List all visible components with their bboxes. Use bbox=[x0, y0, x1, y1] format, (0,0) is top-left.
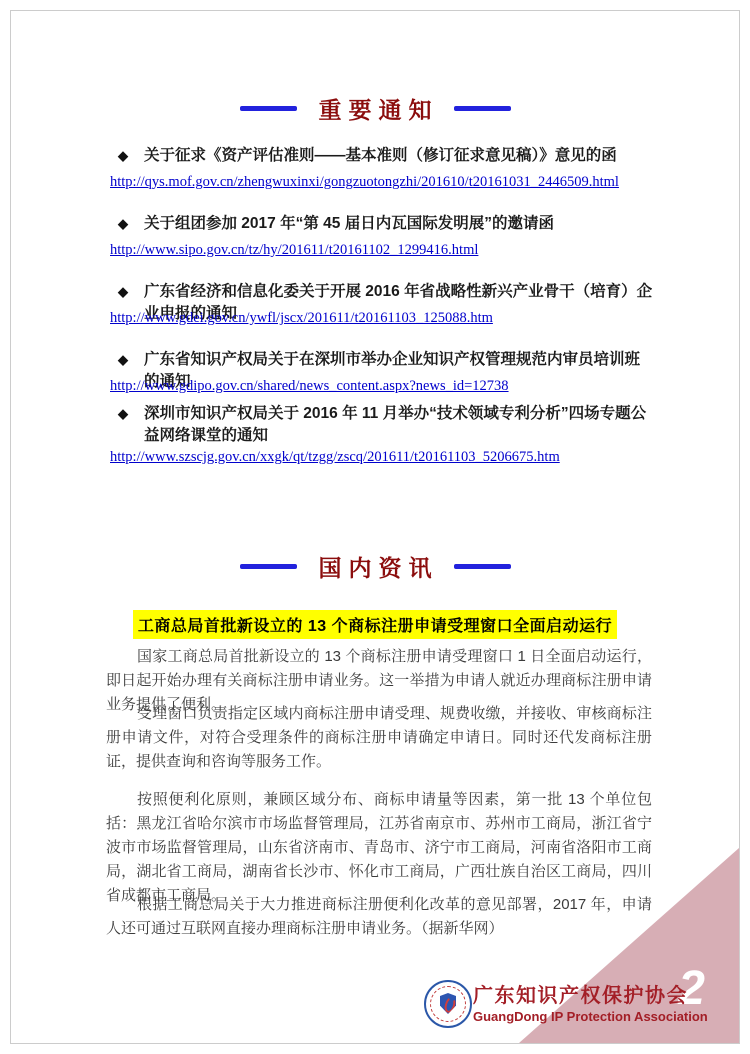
notice-link[interactable]: http://qys.mof.gov.cn/zhengwuxinxi/gongz… bbox=[110, 173, 619, 191]
header-dash-right bbox=[454, 106, 511, 111]
header-dash-right bbox=[454, 564, 511, 569]
notice-item-title: ◆ 关于组团参加 2017 年“第 45 届日内瓦国际发明展”的邀请函 bbox=[118, 213, 654, 235]
diamond-bullet-icon: ◆ bbox=[118, 213, 128, 235]
footer-organization: 广东知识产权保护协会 GuangDong IP Protection Assoc… bbox=[473, 984, 708, 1025]
notice-link[interactable]: http://www.gdipo.gov.cn/shared/news_cont… bbox=[110, 377, 509, 395]
diamond-bullet-icon: ◆ bbox=[118, 403, 128, 425]
section-title-notices: 重要通知 bbox=[312, 92, 439, 125]
diamond-bullet-icon: ◆ bbox=[118, 349, 128, 371]
notice-title-text: 深圳市知识产权局关于 2016 年 11 月举办“技术领域专利分析”四场专题公益… bbox=[144, 403, 654, 447]
notice-link[interactable]: http://www.gdei.gov.cn/ywfl/jscx/201611/… bbox=[110, 309, 493, 327]
news-paragraph: 按照便利化原则，兼顾区域分布、商标申请量等因素，第一批 13 个单位包括：黑龙江… bbox=[106, 788, 652, 908]
logo-outer-ring bbox=[424, 980, 472, 1028]
header-dash-left bbox=[240, 564, 297, 569]
organization-name-en: GuangDong IP Protection Association bbox=[473, 1009, 708, 1025]
notice-link[interactable]: http://www.szscjg.gov.cn/xxgk/qt/tzgg/zs… bbox=[110, 448, 560, 466]
notice-item-title: ◆ 深圳市知识产权局关于 2016 年 11 月举办“技术领域专利分析”四场专题… bbox=[118, 403, 654, 447]
news-paragraph: 根据工商总局关于大力推进商标注册便利化改革的意见部署，2017 年，申请人还可通… bbox=[106, 893, 652, 941]
diamond-bullet-icon: ◆ bbox=[118, 145, 128, 167]
section-header-domestic-news: 国内资讯 bbox=[11, 550, 739, 583]
header-dash-left bbox=[240, 106, 297, 111]
notice-link[interactable]: http://www.sipo.gov.cn/tz/hy/201611/t201… bbox=[110, 241, 478, 259]
diamond-bullet-icon: ◆ bbox=[118, 281, 128, 303]
notice-title-text: 关于组团参加 2017 年“第 45 届日内瓦国际发明展”的邀请函 bbox=[144, 213, 554, 235]
notice-title-text: 关于征求《资产评估准则——基本准则（修订征求意见稿）》意见的函 bbox=[144, 145, 617, 167]
organization-name-cn: 广东知识产权保护协会 bbox=[473, 984, 708, 1008]
section-header-important-notices: 重要通知 bbox=[11, 92, 739, 125]
association-logo-icon bbox=[424, 980, 472, 1028]
section-title-news: 国内资讯 bbox=[312, 550, 439, 583]
notice-item-title: ◆ 关于征求《资产评估准则——基本准则（修订征求意见稿）》意见的函 bbox=[118, 145, 654, 167]
news-headline-row: 工商总局首批新设立的 13 个商标注册申请受理窗口全面启动运行 bbox=[11, 610, 739, 639]
news-headline: 工商总局首批新设立的 13 个商标注册申请受理窗口全面启动运行 bbox=[133, 610, 617, 639]
newsletter-page: 重要通知 ◆ 关于征求《资产评估准则——基本准则（修订征求意见稿）》意见的函 h… bbox=[10, 10, 740, 1044]
news-paragraph: 受理窗口负责指定区域内商标注册申请受理、规费收缴，并接收、审核商标注册申请文件，… bbox=[106, 702, 652, 774]
